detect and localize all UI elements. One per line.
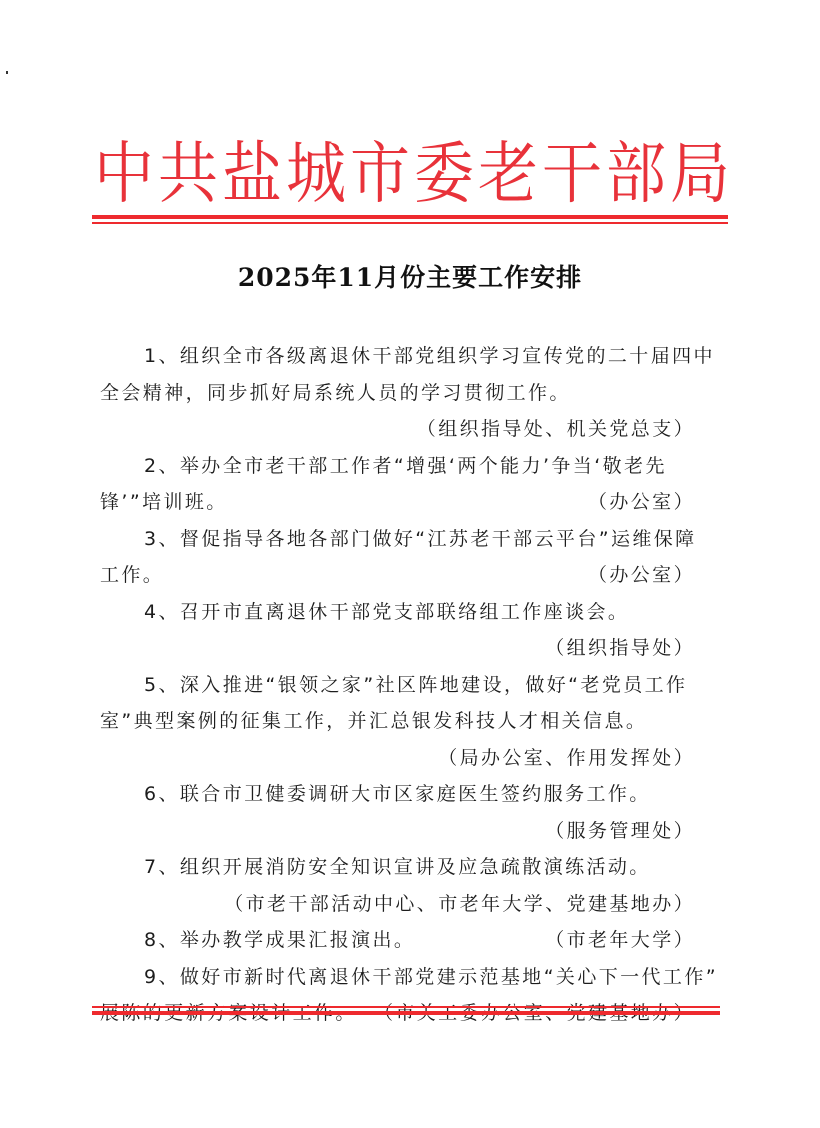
- list-item: 5、深入推进“银领之家”社区阵地建设，做好“老党员工作 室”典型案例的征集工作，…: [100, 667, 695, 777]
- letterhead-char: 城: [284, 131, 348, 216]
- document-body: 1、组织全市各级离退休干部党组织学习宣传党的二十届四中 全会精神，同步抓好局系统…: [100, 338, 695, 1032]
- organization-letterhead: 中 共 盐 城 市 委 老 干 部 局: [92, 136, 732, 212]
- item-department: （市老干部活动中心、市老年大学、党建基地办）: [100, 886, 695, 923]
- item-text-line: 7、组织开展消防安全知识宣讲及应急疏散演练活动。: [100, 849, 695, 886]
- item-text-line: 3、督促指导各地各部门做好“江苏老干部云平台”运维保障: [100, 521, 695, 558]
- letterhead-char: 盐: [220, 131, 284, 216]
- letterhead-char: 干: [540, 131, 604, 216]
- scan-speck: [6, 71, 8, 74]
- list-item: 2、举办全市老干部工作者“增强‘两个能力’争当‘敬老先 锋’”培训班。 （办公室…: [100, 448, 695, 521]
- item-text-line: 8、举办教学成果汇报演出。: [144, 922, 415, 959]
- item-department: （组织指导处、机关党总支）: [100, 411, 695, 448]
- item-text-line: 1、组织全市各级离退休干部党组织学习宣传党的二十届四中: [100, 338, 695, 375]
- header-rule-thin: [92, 222, 728, 224]
- item-department: （服务管理处）: [100, 813, 695, 850]
- list-item: 8、举办教学成果汇报演出。 （市老年大学）: [100, 922, 695, 959]
- item-text-line: 全会精神，同步抓好局系统人员的学习贯彻工作。: [100, 375, 695, 412]
- document-title: 2025年11月份主要工作安排: [0, 258, 820, 294]
- item-department: （市老年大学）: [545, 922, 695, 959]
- letterhead-char: 部: [604, 131, 668, 216]
- item-department: （办公室）: [588, 484, 695, 521]
- letterhead-char: 老: [476, 131, 540, 216]
- item-department: （组织指导处）: [100, 630, 695, 667]
- item-text-line: 工作。: [100, 557, 164, 594]
- item-text-line: 5、深入推进“银领之家”社区阵地建设，做好“老党员工作: [100, 667, 695, 704]
- list-item: 3、督促指导各地各部门做好“江苏老干部云平台”运维保障 工作。 （办公室）: [100, 521, 695, 594]
- list-item: 6、联合市卫健委调研大市区家庭医生签约服务工作。 （服务管理处）: [100, 776, 695, 849]
- item-text-line: 2、举办全市老干部工作者“增强‘两个能力’争当‘敬老先: [100, 448, 695, 485]
- letterhead-char: 共: [156, 131, 220, 216]
- list-item: 1、组织全市各级离退休干部党组织学习宣传党的二十届四中 全会精神，同步抓好局系统…: [100, 338, 695, 448]
- letterhead-char: 市: [348, 131, 412, 216]
- letterhead-char: 局: [668, 131, 732, 216]
- list-item: 9、做好市新时代离退休干部党建示范基地“关心下一代工作” 展陈的更新方案设计工作…: [100, 959, 695, 1032]
- item-text-line: 4、召开市直离退休干部党支部联络组工作座谈会。: [100, 594, 695, 631]
- item-text-line: 室”典型案例的征集工作，并汇总银发科技人才相关信息。: [100, 703, 695, 740]
- list-item: 4、召开市直离退休干部党支部联络组工作座谈会。 （组织指导处）: [100, 594, 695, 667]
- letterhead-char: 委: [412, 131, 476, 216]
- item-text-line: 6、联合市卫健委调研大市区家庭医生签约服务工作。: [100, 776, 695, 813]
- item-text-line: 锋’”培训班。: [100, 484, 228, 521]
- footer-rule-thick: [92, 1011, 720, 1015]
- footer-rule-thin: [92, 1006, 720, 1008]
- item-text-line: 9、做好市新时代离退休干部党建示范基地“关心下一代工作”: [100, 959, 695, 996]
- item-department: （办公室）: [588, 557, 695, 594]
- list-item: 7、组织开展消防安全知识宣讲及应急疏散演练活动。 （市老干部活动中心、市老年大学…: [100, 849, 695, 922]
- letterhead-char: 中: [92, 131, 156, 216]
- header-rule-thick: [92, 215, 728, 219]
- item-department: （局办公室、作用发挥处）: [100, 740, 695, 777]
